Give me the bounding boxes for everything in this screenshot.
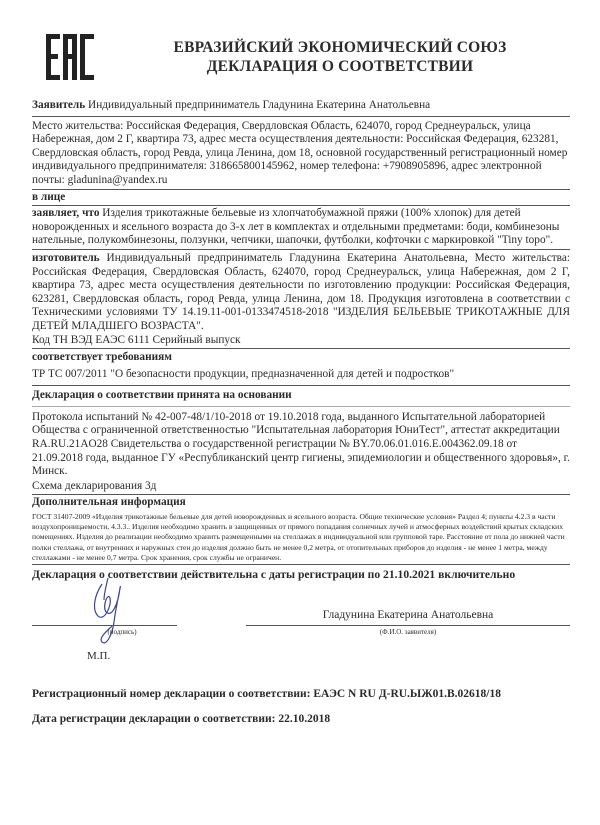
applicant-address: Место жительства: Российская Федерация, … bbox=[32, 117, 570, 190]
manufacturer-label: изготовитель bbox=[32, 252, 100, 264]
applicant-value: Индивидуальный предприниматель Гладунина… bbox=[85, 99, 430, 111]
applicant-address-text: Место жительства: Российская Федерация, … bbox=[32, 120, 567, 186]
additional-value: ГОСТ 31407-2009 «Изделия трикотажные бел… bbox=[32, 510, 570, 565]
registration-date-value: 22.10.2018 bbox=[278, 713, 330, 725]
statement-value: Изделия трикотажные бельевые из хлопчато… bbox=[32, 207, 559, 246]
eac-letter-c bbox=[80, 34, 94, 80]
applicant-label: Заявитель bbox=[32, 99, 85, 111]
registration-number-value: ЕАЭС N RU Д-RU.ЫЖ01.В.02618/18 bbox=[313, 688, 501, 700]
eac-letter-a bbox=[63, 34, 77, 80]
signature-line bbox=[32, 625, 177, 626]
applicant-row: Заявитель Индивидуальный предприниматель… bbox=[32, 98, 570, 117]
applicant-name: Гладунина Екатерина Анатольевна bbox=[246, 609, 570, 621]
represented-by: в лице bbox=[32, 190, 570, 207]
name-line bbox=[246, 625, 570, 626]
additional-label: Дополнительная информация bbox=[32, 495, 570, 510]
statement-label: заявляет, что bbox=[32, 207, 99, 219]
stamp-label: М.П. bbox=[87, 650, 110, 662]
title-union: ЕВРАЗИЙСКИЙ ЭКОНОМИЧЕСКИЙ СОЮЗ bbox=[120, 38, 560, 57]
statement-row: заявляет, что Изделия трикотажные бельев… bbox=[32, 206, 570, 250]
declaration-scheme: Схема декларирования 3д bbox=[32, 479, 570, 496]
manufacturer-row: изготовитель Индивидуальный предпринимат… bbox=[32, 250, 570, 349]
signature-block: (подпись) Гладунина Екатерина Анатольевн… bbox=[32, 598, 570, 678]
registration-date-label: Дата регистрации декларации о соответств… bbox=[32, 713, 278, 725]
title-declaration: ДЕКЛАРАЦИЯ О СООТВЕТСТВИИ bbox=[120, 57, 560, 76]
registration-number: Регистрационный номер декларации о соотв… bbox=[32, 688, 501, 700]
registration-date: Дата регистрации декларации о соответств… bbox=[32, 713, 330, 725]
basis-label: Декларация о соответствии принята на осн… bbox=[32, 386, 570, 407]
eac-letter-e bbox=[46, 34, 60, 80]
declaration-body: Заявитель Индивидуальный предприниматель… bbox=[32, 98, 570, 582]
basis-value: Протокола испытаний № 42-007-48/1/10-201… bbox=[32, 407, 570, 479]
eac-logo bbox=[46, 34, 96, 80]
signature-scribble-icon bbox=[82, 576, 132, 654]
requirements-value: ТР ТС 007/2011 "О безопасности продукции… bbox=[32, 365, 570, 387]
requirements-label: соответствует требованиям bbox=[32, 349, 570, 365]
manufacturer-value: Индивидуальный предприниматель Гладунина… bbox=[32, 252, 570, 332]
registration-number-label: Регистрационный номер декларации о соотв… bbox=[32, 688, 313, 700]
manufacturer-code: Код ТН ВЭД ЕАЭС 6111 Серийный выпуск bbox=[32, 334, 570, 348]
signature-caption: (подпись) bbox=[92, 628, 152, 636]
document-title: ЕВРАЗИЙСКИЙ ЭКОНОМИЧЕСКИЙ СОЮЗ ДЕКЛАРАЦИ… bbox=[120, 38, 560, 76]
name-caption: (Ф.И.О. заявителя) bbox=[246, 628, 570, 636]
